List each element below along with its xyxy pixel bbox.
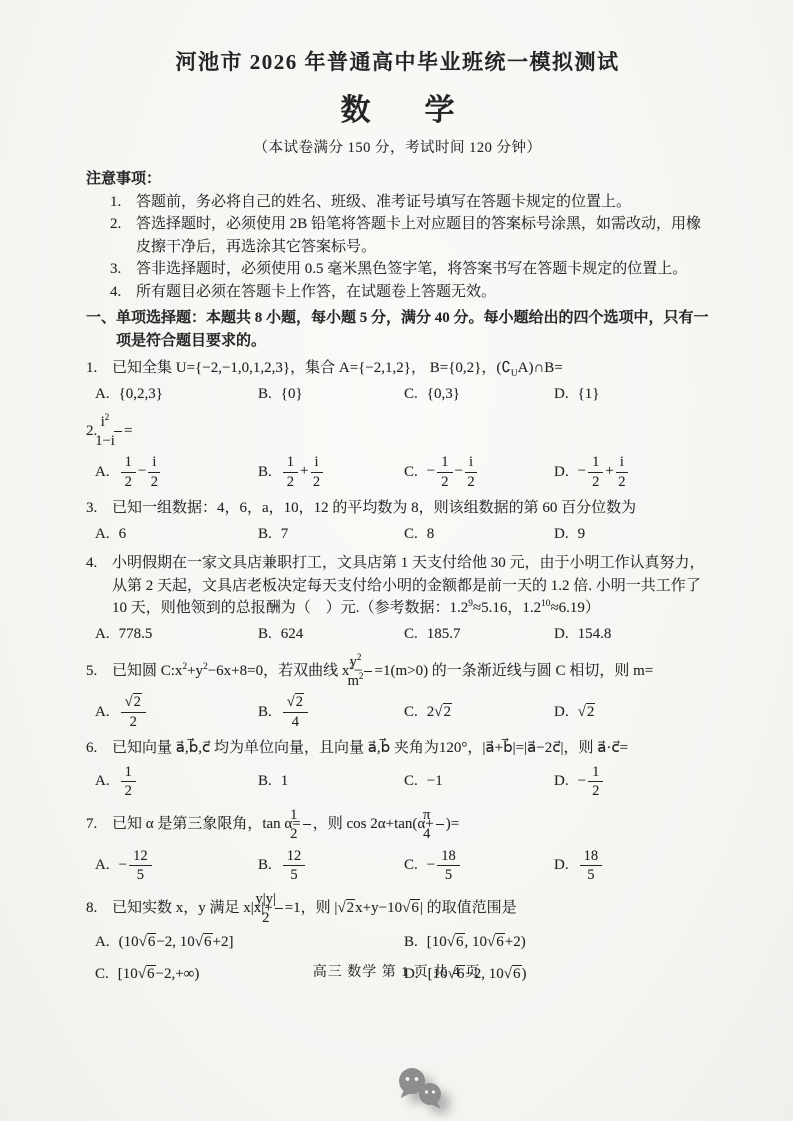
question-5: 5.已知圆 C:x2+y2−6x+8=0，若双曲线 x2−y2m2=1(m>0)… bbox=[86, 653, 709, 731]
notice-item-text: 所有题目必须在答题卡上作答，在试题卷上答题无效。 bbox=[136, 284, 496, 300]
option-label: A. bbox=[95, 386, 110, 403]
notice-title: 注意事项： bbox=[86, 169, 709, 191]
option-text: −125 bbox=[119, 847, 154, 885]
option-text: 154.8 bbox=[578, 626, 612, 643]
option-label: B. bbox=[258, 857, 272, 874]
option-label: B. bbox=[258, 386, 272, 403]
question-3-option-d: D.9 bbox=[554, 522, 709, 546]
option-label: C. bbox=[404, 704, 418, 721]
notice-item-number: 3. bbox=[110, 258, 136, 281]
question-2-option-b: B.12+i2 bbox=[258, 453, 404, 491]
question-6-options: A.12 B.1 C.−1 D.−12 bbox=[95, 763, 709, 801]
option-text: −1 bbox=[427, 773, 443, 790]
question-1-option-d: D.{1} bbox=[554, 383, 709, 407]
question-5-stem: 5.已知圆 C:x2+y2−6x+8=0，若双曲线 x2−y2m2=1(m>0)… bbox=[86, 653, 709, 691]
option-label: B. bbox=[258, 773, 272, 790]
question-4-option-a: A.778.5 bbox=[95, 623, 258, 647]
option-label: A. bbox=[95, 934, 110, 951]
question-number: 4. bbox=[86, 552, 112, 575]
option-label: D. bbox=[554, 526, 569, 543]
option-text: 778.5 bbox=[119, 626, 153, 643]
option-label: B. bbox=[258, 526, 272, 543]
question-7-option-b: B.125 bbox=[258, 847, 404, 885]
option-text: 125 bbox=[281, 847, 308, 885]
question-stem-text: 已知 α 是第三象限角，tan α=12，则 cos 2α+tan(α+π4)= bbox=[112, 816, 459, 832]
option-text: 8 bbox=[427, 526, 435, 543]
question-7: 7.已知 α 是第三象限角，tan α=12，则 cos 2α+tan(α+π4… bbox=[86, 806, 709, 884]
option-text: 2√2 bbox=[427, 704, 452, 721]
question-number: 8. bbox=[86, 897, 112, 920]
option-label: A. bbox=[95, 773, 110, 790]
option-label: A. bbox=[95, 704, 110, 721]
option-text: 12+i2 bbox=[281, 453, 325, 491]
question-1-stem: 1.已知全集 U={−2,−1,0,1,2,3}，集合 A={−2,1,2}， … bbox=[86, 357, 709, 380]
question-2-stem: 2.i21−i= bbox=[86, 413, 709, 451]
option-text: 6 bbox=[119, 526, 127, 543]
notice-item-3: 3.答非选择题时，必须使用 0.5 毫米黑色签字笔，将答案书写在答题卡规定的位置… bbox=[110, 258, 709, 281]
question-1-options: A.{0,2,3} B.{0} C.{0,3} D.{1} bbox=[95, 383, 709, 407]
question-4-option-d: D.154.8 bbox=[554, 623, 709, 647]
question-5-option-d: D.√2 bbox=[554, 700, 709, 724]
question-5-option-b: B.√24 bbox=[258, 693, 404, 731]
page-content: 河池市 2026 年普通高中毕业班统一模拟测试 数 学 （本试卷满分 150 分… bbox=[0, 0, 793, 987]
option-text: −12−i2 bbox=[427, 453, 479, 491]
option-label: D. bbox=[554, 626, 569, 643]
option-label: A. bbox=[95, 526, 110, 543]
exam-info: （本试卷满分 150 分，考试时间 120 分钟） bbox=[86, 136, 709, 157]
question-6-option-c: C.−1 bbox=[404, 769, 554, 793]
question-4-option-c: C.185.7 bbox=[404, 623, 554, 647]
option-label: C. bbox=[404, 626, 418, 643]
option-label: D. bbox=[554, 773, 569, 790]
option-text: −185 bbox=[427, 847, 462, 885]
question-number: 5. bbox=[86, 660, 112, 683]
notice-item-number: 1. bbox=[110, 191, 136, 214]
option-text: 12 bbox=[119, 763, 138, 801]
question-3-options: A.6 B.7 C.8 D.9 bbox=[95, 522, 709, 546]
option-text: √2 bbox=[578, 704, 596, 721]
subject-title: 数 学 bbox=[86, 85, 709, 129]
notice-item-number: 4. bbox=[110, 281, 136, 304]
question-stem-text: 小明假期在一家文具店兼职打工，文具店第 1 天支付给他 30 元，由于小明工作认… bbox=[112, 555, 705, 616]
notice-item-2: 2.答选择题时，必须使用 2B 铅笔将答题卡上对应题目的答案标号涂黑，如需改动，… bbox=[110, 213, 709, 258]
option-text: −12+i2 bbox=[578, 453, 630, 491]
option-text: 7 bbox=[281, 526, 289, 543]
question-7-option-c: C.−185 bbox=[404, 847, 554, 885]
question-1-option-a: A.{0,2,3} bbox=[95, 383, 258, 407]
option-text: {0,3} bbox=[427, 386, 460, 403]
question-1: 1.已知全集 U={−2,−1,0,1,2,3}，集合 A={−2,1,2}， … bbox=[86, 357, 709, 407]
notice-item-text: 答非选择题时，必须使用 0.5 毫米黑色签字笔，将答案书写在答题卡规定的位置上。 bbox=[136, 261, 687, 277]
option-text: (10√6−2, 10√6+2] bbox=[119, 934, 234, 951]
option-text: 624 bbox=[281, 626, 304, 643]
option-text: −12 bbox=[578, 763, 606, 801]
question-5-option-a: A.√22 bbox=[95, 693, 258, 731]
option-label: D. bbox=[554, 857, 569, 874]
notice-item-text: 答题前，务必将自己的姓名、班级、准考证号填写在答题卡规定的位置上。 bbox=[136, 194, 631, 210]
option-label: B. bbox=[258, 464, 272, 481]
exam-paper-page: 河池市 2026 年普通高中毕业班统一模拟测试 数 学 （本试卷满分 150 分… bbox=[0, 0, 793, 1121]
question-5-options: A.√22 B.√24 C.2√2 D.√2 bbox=[95, 693, 709, 731]
question-2-option-c: C.−12−i2 bbox=[404, 453, 554, 491]
question-2-option-d: D.−12+i2 bbox=[554, 453, 709, 491]
question-4-stem: 4.小明假期在一家文具店兼职打工，文具店第 1 天支付给他 30 元，由于小明工… bbox=[86, 552, 709, 620]
option-label: C. bbox=[404, 464, 418, 481]
option-label: C. bbox=[404, 526, 418, 543]
option-text: √24 bbox=[281, 693, 310, 731]
question-6-stem: 6.已知向量 a⃗,b⃗,c⃗ 均为单位向量，且向量 a⃗,b⃗ 夹角为120°… bbox=[86, 737, 709, 760]
option-label: D. bbox=[554, 704, 569, 721]
question-4-option-b: B.624 bbox=[258, 623, 404, 647]
notice-item-1: 1.答题前，务必将自己的姓名、班级、准考证号填写在答题卡规定的位置上。 bbox=[110, 191, 709, 214]
option-label: B. bbox=[258, 626, 272, 643]
question-stem-text: 已知实数 x，y 满足 x|x|+y|y|2=1，则 |√2x+y−10√6| … bbox=[112, 900, 517, 916]
option-text: {1} bbox=[578, 386, 600, 403]
section-header: 一、单项选择题：本题共 8 小题，每小题 5 分，满分 40 分。每小题给出的四… bbox=[86, 307, 709, 352]
question-stem-text: 已知一组数据：4，6，a，10，12 的平均数为 8，则该组数据的第 60 百分… bbox=[112, 500, 636, 516]
option-label: A. bbox=[95, 626, 110, 643]
question-5-option-c: C.2√2 bbox=[404, 700, 554, 724]
question-2-options: A.12−i2 B.12+i2 C.−12−i2 D.−12+i2 bbox=[95, 453, 709, 491]
question-8-option-a: A.(10√6−2, 10√6+2] bbox=[95, 931, 404, 955]
notice-item-number: 2. bbox=[110, 213, 136, 236]
notice-item-text: 答选择题时，必须使用 2B 铅笔将答题卡上对应题目的答案标号涂黑，如需改动，用橡… bbox=[136, 216, 701, 255]
notice-item-4: 4.所有题目必须在答题卡上作答，在试题卷上答题无效。 bbox=[110, 281, 709, 304]
option-text: 185.7 bbox=[427, 626, 461, 643]
question-7-options: A.−125 B.125 C.−185 D.185 bbox=[95, 847, 709, 885]
option-text: √22 bbox=[119, 693, 148, 731]
question-number: 7. bbox=[86, 813, 112, 836]
option-text: 12−i2 bbox=[119, 453, 163, 491]
question-8-stem: 8.已知实数 x，y 满足 x|x|+y|y|2=1，则 |√2x+y−10√6… bbox=[86, 890, 709, 928]
option-label: C. bbox=[404, 386, 418, 403]
option-text: [10√6, 10√6+2) bbox=[427, 934, 526, 951]
option-label: D. bbox=[554, 386, 569, 403]
wechat-watermark-icon bbox=[393, 1066, 447, 1112]
option-label: B. bbox=[404, 934, 418, 951]
page-footer: 高三 数学 第 1 页 共 4 页 bbox=[0, 961, 793, 981]
option-text: {0,2,3} bbox=[119, 386, 163, 403]
option-text: 9 bbox=[578, 526, 586, 543]
question-7-option-a: A.−125 bbox=[95, 847, 258, 885]
question-6-option-d: D.−12 bbox=[554, 763, 709, 801]
option-label: A. bbox=[95, 464, 110, 481]
question-6-option-a: A.12 bbox=[95, 763, 258, 801]
question-number: 3. bbox=[86, 497, 112, 520]
option-text: {0} bbox=[281, 386, 303, 403]
question-1-option-b: B.{0} bbox=[258, 383, 404, 407]
question-6: 6.已知向量 a⃗,b⃗,c⃗ 均为单位向量，且向量 a⃗,b⃗ 夹角为120°… bbox=[86, 737, 709, 800]
question-number: 1. bbox=[86, 357, 112, 380]
option-text: 1 bbox=[281, 773, 289, 790]
question-8-option-b: B.[10√6, 10√6+2) bbox=[404, 931, 709, 955]
question-6-option-b: B.1 bbox=[258, 769, 404, 793]
question-7-option-d: D.185 bbox=[554, 847, 709, 885]
question-2-option-a: A.12−i2 bbox=[95, 453, 258, 491]
question-number: 6. bbox=[86, 737, 112, 760]
option-label: D. bbox=[554, 464, 569, 481]
question-3-option-b: B.7 bbox=[258, 522, 404, 546]
option-label: C. bbox=[404, 773, 418, 790]
question-stem-text: 已知向量 a⃗,b⃗,c⃗ 均为单位向量，且向量 a⃗,b⃗ 夹角为120°，|… bbox=[112, 740, 628, 756]
question-4-options: A.778.5 B.624 C.185.7 D.154.8 bbox=[95, 623, 709, 647]
question-stem-text: i21−i= bbox=[112, 423, 132, 439]
question-3-stem: 3.已知一组数据：4，6，a，10，12 的平均数为 8，则该组数据的第 60 … bbox=[86, 497, 709, 520]
exam-title: 河池市 2026 年普通高中毕业班统一模拟测试 bbox=[86, 46, 709, 76]
option-label: B. bbox=[258, 704, 272, 721]
question-7-stem: 7.已知 α 是第三象限角，tan α=12，则 cos 2α+tan(α+π4… bbox=[86, 806, 709, 844]
question-stem-text: 已知圆 C:x2+y2−6x+8=0，若双曲线 x2−y2m2=1(m>0) 的… bbox=[112, 663, 653, 679]
question-2: 2.i21−i= A.12−i2 B.12+i2 C.−12−i2 D.−12+… bbox=[86, 413, 709, 491]
option-label: A. bbox=[95, 857, 110, 874]
question-3-option-a: A.6 bbox=[95, 522, 258, 546]
question-4: 4.小明假期在一家文具店兼职打工，文具店第 1 天支付给他 30 元，由于小明工… bbox=[86, 552, 709, 647]
option-text: 185 bbox=[578, 847, 605, 885]
question-stem-text: 已知全集 U={−2,−1,0,1,2,3}，集合 A={−2,1,2}， B=… bbox=[112, 360, 563, 376]
question-1-option-c: C.{0,3} bbox=[404, 383, 554, 407]
option-label: C. bbox=[404, 857, 418, 874]
question-3: 3.已知一组数据：4，6，a，10，12 的平均数为 8，则该组数据的第 60 … bbox=[86, 497, 709, 547]
question-3-option-c: C.8 bbox=[404, 522, 554, 546]
